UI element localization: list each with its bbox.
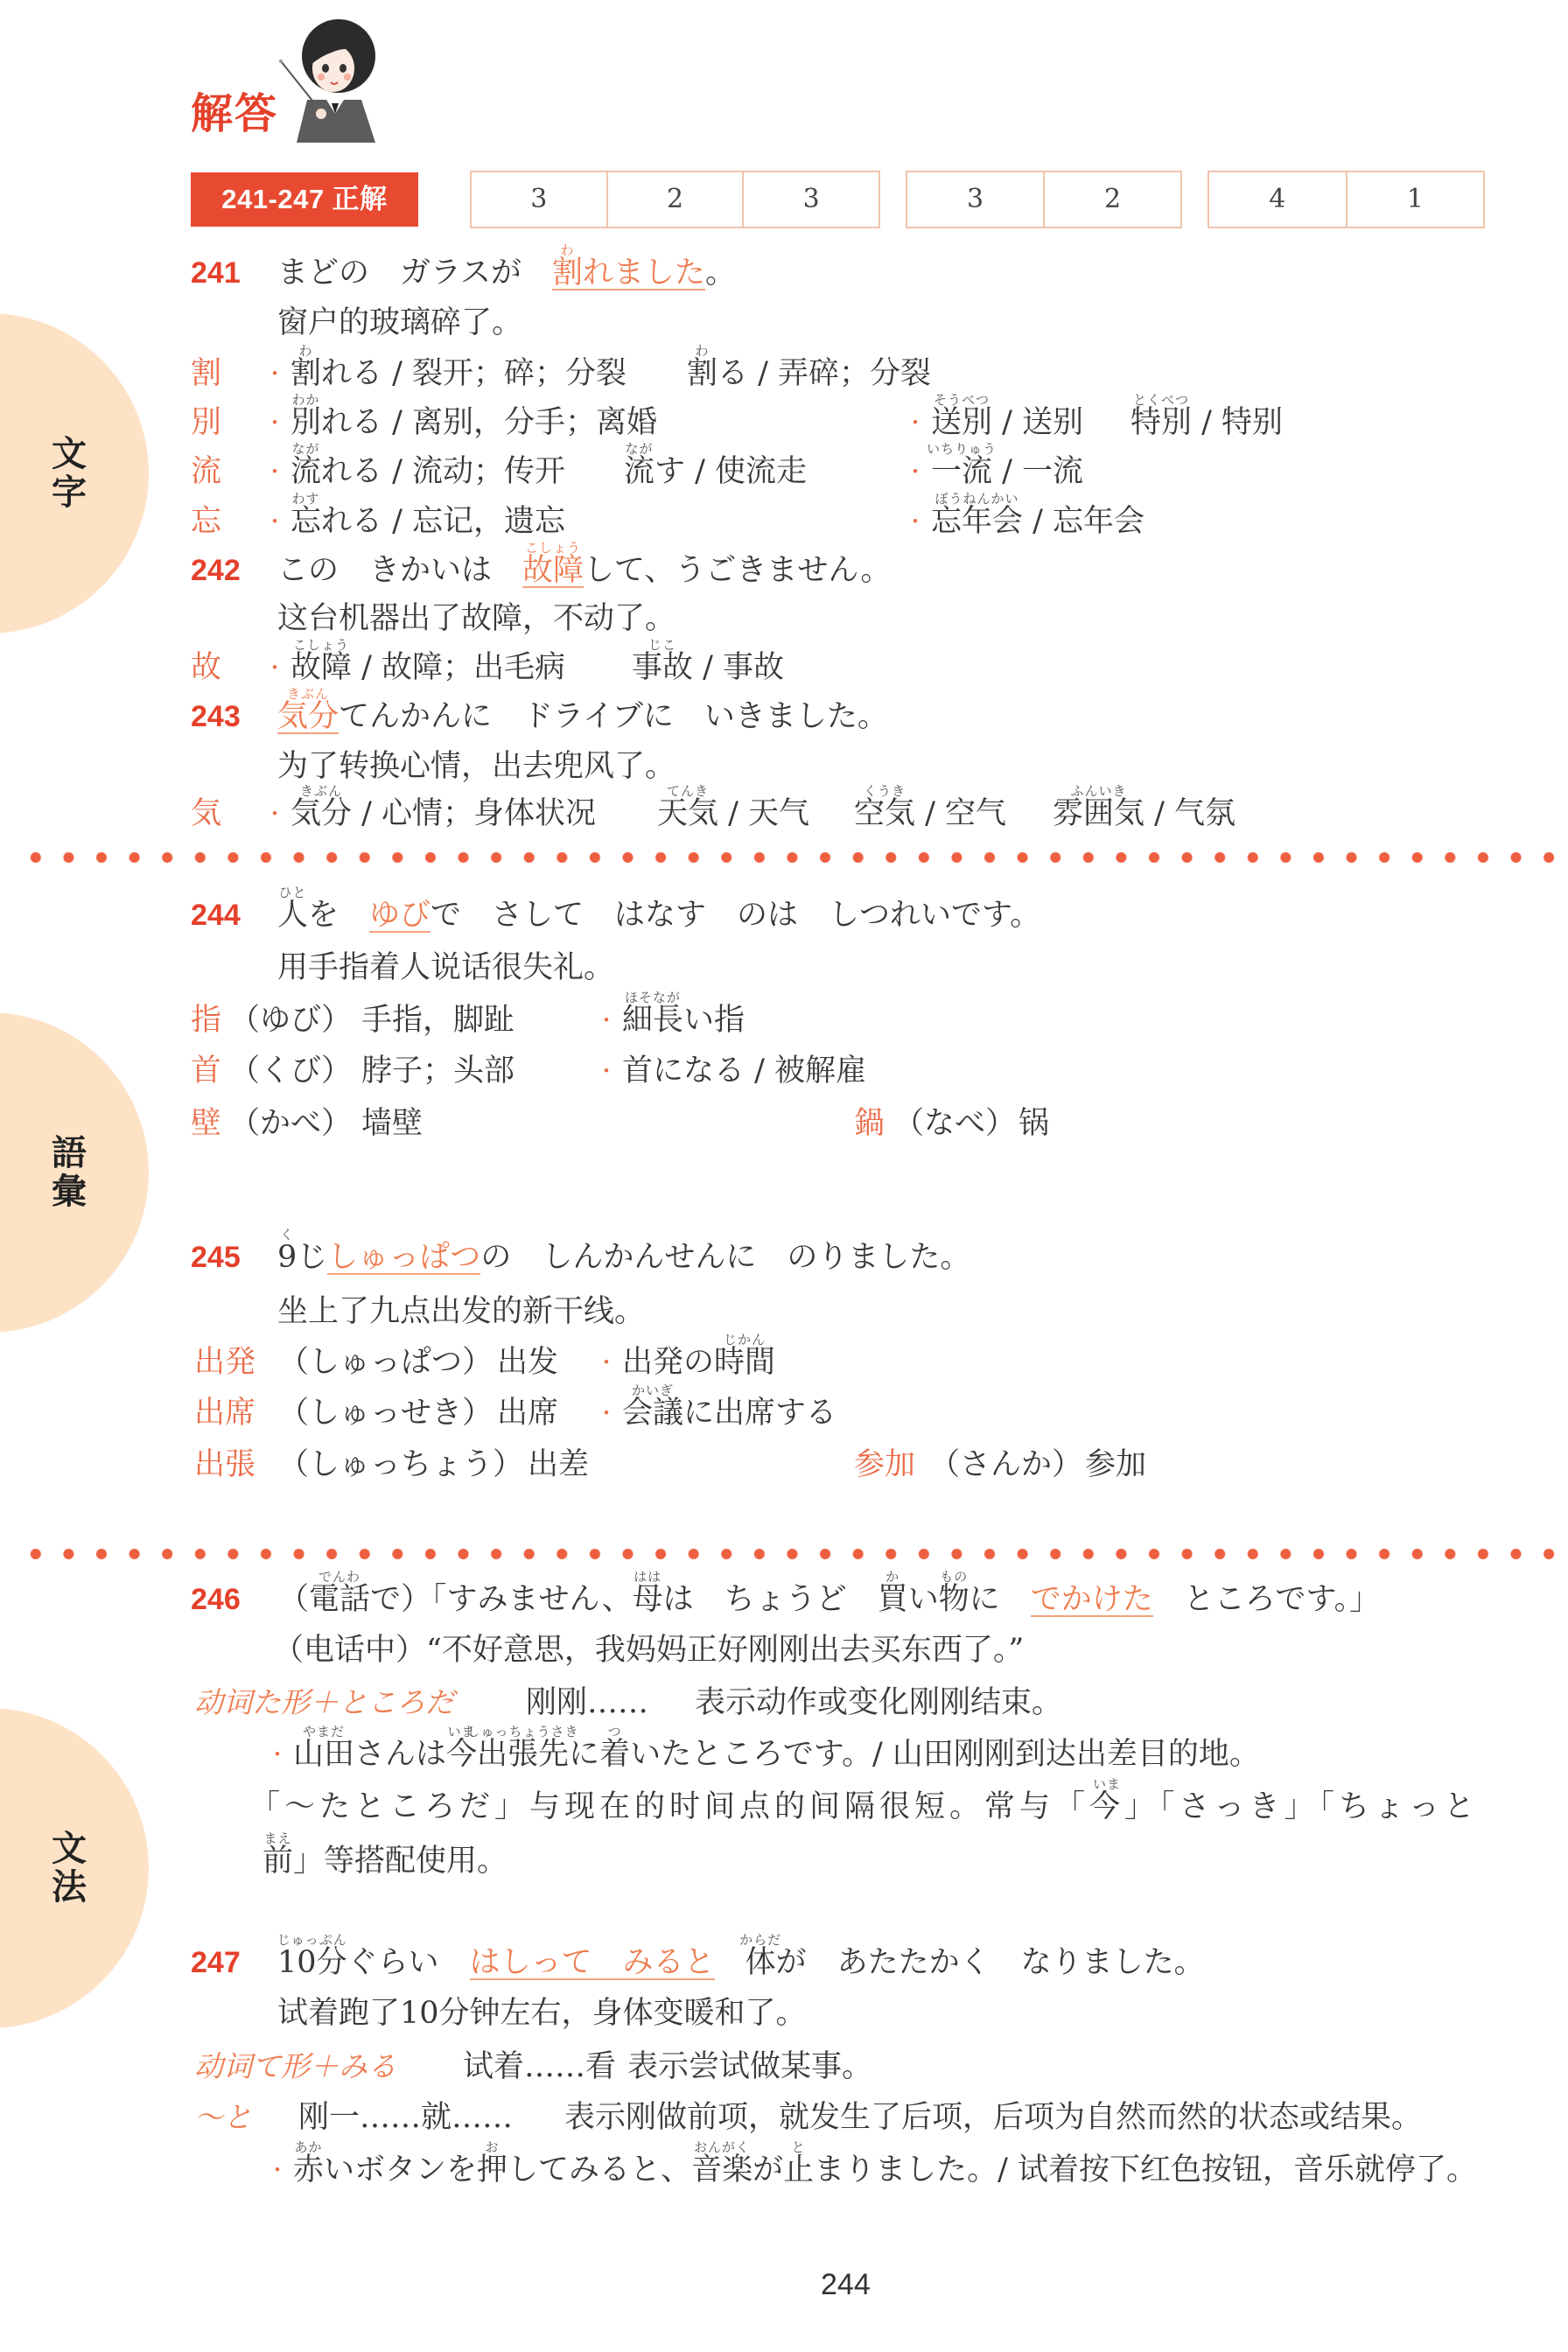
text-segment: / 故障；出毛病 [352, 650, 565, 685]
text-segment: ぐらい [347, 1945, 470, 1980]
text-segment: さんは [354, 1737, 446, 1772]
question-sentence: 10分じゅっぷんぐらい はしって みると 体からだが あたたかく なりました。 [277, 1945, 1205, 1980]
bullet-icon: ・ [264, 504, 290, 539]
translation-242: 这台机器出了故障，不动了。 [0, 601, 1568, 636]
question-sentence: 9くじしゅっぱつの しんかんせんに のりました。 [277, 1240, 970, 1275]
kanji-row-bou: 忘 ・忘わすれる / 忘记，遗忘 ・忘年会ぼうねんかい / 忘年会 [0, 504, 1568, 539]
vocab-item: 空気くうき / 空气 [854, 796, 1006, 831]
word-row-kubi: 首 （くび） 脖子；头部 ・首になる / 被解雇 [0, 1053, 1568, 1088]
text-segment: いたところです。/ 山田刚刚到达出差目的地。 [630, 1737, 1260, 1772]
vocab-item: 流ながす / 使流走 [624, 454, 807, 489]
ruby-word: 細長ほそなが [622, 1003, 683, 1038]
ruby-word: 故障こしょう [522, 553, 584, 588]
text-segment: / 天气 [718, 796, 809, 831]
vocab-item: ・気分きぶん / 心情；身体状况 [264, 796, 596, 831]
word-meaning: 手指，脚趾 [361, 1003, 514, 1038]
word-row-shusseki: 出席 （しゅっせき） 出席 ・会議かいぎに出席する [0, 1396, 1568, 1431]
answer-246: 4 [1209, 172, 1347, 227]
question-number: 244 [191, 898, 241, 933]
kanji-label: 気 [191, 796, 221, 831]
text-segment: 「～たところだ」与现在的时间点的间隔很短。常与「 [249, 1789, 1089, 1824]
text-segment: が [752, 2152, 783, 2187]
kanji-row-ko: 故 ・故障こしょう / 故障；出毛病 事故じこ / 事故 [0, 650, 1568, 685]
ruby-base: 割 [687, 356, 717, 391]
ruby-word: 割わ [687, 356, 717, 391]
section-divider-dotted [19, 1548, 1568, 1560]
highlighted-answer: れました [583, 255, 705, 290]
grammar-description: 表示动作或变化刚刚结束。 [695, 1685, 1062, 1720]
text-segment: / 忘年会 [1023, 504, 1144, 539]
furigana: はは [633, 1571, 661, 1584]
question-sentence: 気分きぶんてんかんに ドライブに いきました。 [277, 699, 888, 734]
bullet-icon: ・ [264, 356, 290, 391]
kanji-row-ki: 気 ・気分きぶん / 心情；身体状况 天気てんき / 天气 空気くうき / 空气… [0, 796, 1568, 831]
ruby-word: 故障こしょう [290, 650, 352, 685]
question-247: 247 10分じゅっぷんぐらい はしって みると 体からだが あたたかく なりま… [0, 1945, 1568, 1980]
ruby-base: 前 [262, 1844, 293, 1879]
furigana: とくべつ [1133, 394, 1189, 407]
ruby-base: 特別 [1130, 405, 1192, 440]
text-segment: で）「すみません、 [370, 1582, 633, 1617]
furigana: か [885, 1571, 899, 1584]
furigana: わす [291, 493, 319, 506]
ruby-word: 会議かいぎ [622, 1396, 683, 1431]
section-divider-dotted [19, 851, 1568, 864]
question-sentence: この きかいは 故障こしょうして、うごきません。 [277, 553, 891, 588]
translation-246: （电话中）“不好意思，我妈妈正好刚刚出去买东西了。” [0, 1633, 1568, 1668]
furigana: く [280, 1228, 294, 1242]
bullet-icon: ・ [267, 1737, 293, 1772]
translation-text: 试着跑了10分钟左右，身体变暖和了。 [277, 1996, 807, 2031]
ruby-word: 流なが [290, 454, 321, 489]
furigana: もの [940, 1571, 968, 1584]
highlighted-answer: でかけた [1031, 1582, 1153, 1617]
answer-242: 2 [608, 172, 745, 227]
text-segment: / 送别 [992, 405, 1083, 440]
text-segment: てんかんに ドライブに いきました。 [339, 699, 888, 734]
furigana: きぶん [300, 785, 342, 798]
text-segment: してみると、 [507, 2152, 691, 2187]
ruby-word: 今いま [1089, 1789, 1124, 1824]
answer-group-3: 4 1 [1207, 171, 1485, 228]
question-243: 243 気分きぶんてんかんに ドライブに いきました。 [0, 699, 1568, 734]
grammar-meaning: 刚一……就…… [298, 2100, 513, 2135]
translation-text: 坐上了九点出发的新干线。 [277, 1294, 645, 1329]
text-segment: で さして はなす のは しつれいです。 [430, 898, 1040, 933]
grammar-example: ・赤あかいボタンを押おしてみると、音楽おんがくが止とまりました。/ 试着按下红色… [0, 2152, 1568, 2187]
grammar-row-tatokoroda: 动词た形＋ところだ 刚刚…… 表示动作或变化刚刚结束。 [0, 1685, 1568, 1720]
vocab-item: 雰囲気ふんいき / 气氛 [1053, 796, 1235, 831]
furigana: こしょう [293, 639, 349, 652]
text-segment: れる / 忘记，遗忘 [321, 504, 565, 539]
furigana: きぶん [287, 688, 329, 701]
vocab-item: ・故障こしょう / 故障；出毛病 [264, 650, 565, 685]
vocab-item: 天気てんき / 天气 [657, 796, 809, 831]
question-number: 247 [191, 1945, 241, 1980]
ruby-base: 体 [745, 1945, 776, 1980]
ruby-word: 特別とくべつ [1130, 405, 1192, 440]
question-number: 242 [191, 553, 241, 588]
text-segment: まどの ガラスが [277, 255, 552, 290]
furigana: なが [291, 443, 319, 456]
text-segment: の しんかんせんに のりました。 [480, 1240, 970, 1275]
grammar-note: 「～たところだ」与现在的时间点的间隔很短。常与「今いま」「さっき」「ちょっと [0, 1789, 1568, 1824]
bullet-icon: ・ [264, 454, 290, 489]
text-segment: / 特别 [1192, 405, 1283, 440]
question-242: 242 この きかいは 故障こしょうして、うごきません。 [0, 553, 1568, 588]
ruby-word: 気分きぶん [290, 796, 352, 831]
furigana: いちりゅう [927, 443, 997, 456]
ruby-base: 天気 [657, 796, 718, 831]
text-segment: 出発の [622, 1345, 714, 1380]
answer-245: 2 [1045, 172, 1180, 227]
answer-241: 3 [472, 172, 608, 227]
ruby-word: 止と [783, 2152, 814, 2187]
furigana: わか [291, 394, 319, 407]
ruby-word: 出張先しゅっちょうさき [477, 1737, 569, 1772]
kanji-row-wari: 割 ・割われる / 裂开；碎；分裂 割わる / 弄碎；分裂 [0, 356, 1568, 391]
ruby-word: 流なが [624, 454, 654, 489]
ruby-word: 別わか [290, 405, 321, 440]
ruby-base: 今 [1089, 1789, 1124, 1824]
bullet-icon: ・ [596, 1396, 622, 1431]
text-segment: いボタンを [324, 2152, 477, 2187]
text-segment: に出席する [683, 1396, 836, 1431]
kanji-label: 忘 [191, 504, 221, 539]
furigana: なが [625, 443, 653, 456]
word-meaning: 出差 [528, 1447, 589, 1482]
vocab-item: ・一流いちりゅう / 一流 [905, 454, 1083, 489]
word-meaning: 墙壁 [361, 1106, 423, 1141]
vocab-item: 事故じこ / 事故 [632, 650, 784, 685]
highlighted-answer: ゆび [369, 898, 430, 933]
teacher-illustration [277, 16, 387, 143]
grammar-label: 动词て形＋みる [194, 2049, 396, 2084]
answer-243: 3 [744, 172, 878, 227]
example-sentence: ・山田やまださんは今いま出張先しゅっちょうさきに着ついたところです。/ 山田刚刚… [267, 1737, 1260, 1772]
furigana: じかん [724, 1333, 766, 1347]
furigana: いま [1093, 1778, 1121, 1791]
ruby-base: 一流 [931, 454, 992, 489]
furigana: こしょう [525, 542, 581, 555]
grammar-row-to: ～と 刚一……就…… 表示刚做前项，就发生了后项，后项为自然而然的状态或结果。 [0, 2100, 1568, 2135]
word-reading: （かべ） [229, 1106, 352, 1141]
question-244: 244 人ひとを ゆびで さして はなす のは しつれいです。 [0, 898, 1568, 933]
question-sentence: （電話でんわで）「すみません、母ははは ちょうど 買かい物ものに でかけた とこ… [278, 1582, 1380, 1617]
ruby-base: 時間 [714, 1345, 775, 1380]
vocab-item: ・流ながれる / 流动；传开 [264, 454, 565, 489]
word-reading: （さんか） [929, 1447, 1082, 1482]
ruby-word: 音楽おんがく [691, 2152, 752, 2187]
translation-text: （电话中）“不好意思，我妈妈正好刚刚出去买东西了。” [273, 1633, 1024, 1668]
word-label: 首 [191, 1053, 221, 1088]
word-meaning: 脖子；头部 [361, 1053, 514, 1088]
ruby-base: 気分 [277, 699, 339, 734]
furigana: からだ [739, 1934, 781, 1947]
ruby-base: 人 [277, 898, 308, 933]
ruby-word: 体からだ [745, 1945, 776, 1980]
question-number: 245 [191, 1240, 241, 1275]
ruby-base: 別 [290, 405, 321, 440]
ruby-word: 電話でんわ [309, 1582, 370, 1617]
text-segment: （ [278, 1582, 309, 1617]
translation-243: 为了转换心情，出去兜风了。 [0, 749, 1568, 784]
ruby-base: 故障 [290, 650, 352, 685]
vocab-item: ・送別そうべつ / 送别 [905, 405, 1083, 440]
kanji-label: 割 [191, 356, 221, 391]
furigana: あか [294, 2141, 322, 2154]
furigana: しゅっちょうさき [467, 1725, 579, 1739]
ruby-base: 電話 [309, 1582, 370, 1617]
text-segment: れる / 离别，分手；离婚 [321, 405, 657, 440]
furigana: じこ [648, 639, 676, 652]
answer-range-label: 241-247 正解 [191, 172, 418, 227]
word-meaning: 锅 [1018, 1106, 1049, 1141]
kanji-row-ryu: 流 ・流ながれる / 流动；传开 流ながす / 使流走 ・一流いちりゅう / 一… [0, 454, 1568, 489]
ruby-base: 故障 [522, 553, 584, 588]
question-number: 246 [191, 1582, 241, 1617]
vocab-item: ・別わかれる / 离别，分手；离婚 [264, 405, 657, 440]
text-segment: る / 弄碎；分裂 [717, 356, 931, 391]
furigana: わ [560, 244, 574, 257]
question-241: 241 まどの ガラスが 割われました。 [0, 255, 1568, 290]
translation-text: 这台机器出了故障，不动了。 [277, 601, 675, 636]
ruby-base: 忘年会 [931, 504, 1023, 539]
furigana: わ [298, 345, 312, 358]
word-label: 出発 [194, 1345, 255, 1380]
answer-group-1: 3 2 3 [470, 171, 880, 228]
ruby-word: 割わ [552, 255, 583, 290]
word-label: 鍋 [854, 1106, 885, 1141]
ruby-word: 母はは [633, 1582, 663, 1617]
ruby-word: 前まえ [262, 1844, 293, 1879]
grammar-meaning: 试着……看 [463, 2049, 616, 2084]
ruby-base: 空気 [854, 796, 915, 831]
ruby-word: 雰囲気ふんいき [1053, 796, 1144, 831]
kanji-row-betsu: 別 ・別わかれる / 离别，分手；离婚 ・送別そうべつ / 送别 特別とくべつ … [0, 405, 1568, 440]
bullet-icon: ・ [905, 504, 931, 539]
kanji-label: 故 [191, 650, 221, 685]
translation-245: 坐上了九点出发的新干线。 [0, 1294, 1568, 1329]
ruby-word: 今いま [446, 1737, 477, 1772]
text-segment [715, 1945, 745, 1980]
bullet-icon: ・ [905, 454, 931, 489]
word-reading: （しゅっぱつ） [278, 1345, 493, 1380]
grammar-description: 表示刚做前项，就发生了后项，后项为自然而然的状态或结果。 [564, 2100, 1422, 2135]
word-label: 出席 [194, 1396, 255, 1431]
word-example: ・細長ほそながい指 [596, 1003, 745, 1038]
ruby-base: 出張先 [477, 1737, 569, 1772]
note-text: 前まえ」等搭配使用。 [262, 1844, 507, 1879]
furigana: ふんいき [1070, 785, 1126, 798]
ruby-base: 物 [939, 1582, 969, 1617]
ruby-word: 空気くうき [854, 796, 915, 831]
furigana: ひと [278, 886, 306, 899]
text-segment: が あたたかく なりました。 [776, 1945, 1205, 1980]
ruby-base: 着 [599, 1737, 630, 1772]
ruby-base: 流 [624, 454, 654, 489]
word-row-kabe: 壁 （かべ） 墙壁 鍋 （なべ） 锅 [0, 1106, 1568, 1141]
bullet-icon: ・ [264, 650, 290, 685]
ruby-word: 時間じかん [714, 1345, 775, 1380]
ruby-word: 10分じゅっぷん [277, 1945, 347, 1980]
text-segment: / 心情；身体状况 [352, 796, 596, 831]
vocab-item: ・忘年会ぼうねんかい / 忘年会 [905, 504, 1144, 539]
text-segment: 」等搭配使用。 [293, 1844, 507, 1879]
text-segment: す / 使流走 [654, 454, 807, 489]
section-tab-goi-label: 語彙 [49, 1134, 89, 1211]
word-meaning: 参加 [1085, 1447, 1146, 1482]
vocab-item: 特別とくべつ / 特别 [1130, 405, 1283, 440]
ruby-base: 今 [446, 1737, 477, 1772]
bullet-icon: ・ [264, 796, 290, 831]
ruby-word: 忘わす [290, 504, 321, 539]
ruby-base: 音楽 [691, 2152, 752, 2187]
grammar-label: 动词た形＋ところだ [194, 1685, 454, 1720]
grammar-meaning: 刚刚…… [526, 1685, 648, 1720]
text-segment: れる / 流动；传开 [321, 454, 565, 489]
grammar-label: ～と [194, 2100, 252, 2135]
word-reading: （くび） [229, 1053, 352, 1088]
kanji-label: 別 [191, 405, 221, 440]
ruby-word: 物もの [939, 1582, 969, 1617]
kanji-label: 流 [191, 454, 221, 489]
ruby-word: 着つ [599, 1737, 630, 1772]
furigana: でんわ [318, 1571, 360, 1584]
word-example: ・首になる / 被解雇 [596, 1053, 866, 1088]
ruby-base: 流 [290, 454, 321, 489]
text-segment: まりました。/ 试着按下红色按钮，音乐就停了。 [814, 2152, 1477, 2187]
question-number: 243 [191, 699, 241, 734]
text-segment: / 气氛 [1144, 796, 1235, 831]
text-segment: 」「さっき」「ちょっと [1124, 1789, 1479, 1824]
translation-text: 窗户的玻璃碎了。 [277, 305, 522, 340]
ruby-word: 人ひと [277, 898, 308, 933]
ruby-word: 9く [277, 1240, 297, 1275]
ruby-base: 忘 [290, 504, 321, 539]
bullet-icon: ・ [596, 1003, 622, 1038]
answer-244: 3 [907, 172, 1045, 227]
ruby-base: 買 [878, 1582, 908, 1617]
text-segment: この きかいは [277, 553, 522, 588]
furigana: そうべつ [934, 394, 990, 407]
ruby-word: 買か [878, 1582, 908, 1617]
word-row-yubi: 指 （ゆび） 手指，脚趾 ・細長ほそながい指 [0, 1003, 1568, 1038]
ruby-base: 会議 [622, 1396, 683, 1431]
ruby-word: 事故じこ [632, 650, 693, 685]
word-row-shuppatsu: 出発 （しゅっぱつ） 出发 ・出発の時間じかん [0, 1345, 1568, 1380]
text-segment: して、うごきません。 [584, 553, 891, 588]
grammar-note-continued: 前まえ」等搭配使用。 [0, 1844, 1568, 1879]
ruby-word: 赤あか [293, 2152, 324, 2187]
ruby-base: 割 [290, 356, 321, 391]
ruby-base: 9 [277, 1240, 297, 1275]
word-label: 指 [191, 1003, 221, 1038]
text-segment: / 一流 [992, 454, 1083, 489]
text-segment: を [308, 898, 369, 933]
furigana: お [486, 2141, 500, 2154]
grammar-example: ・山田やまださんは今いま出張先しゅっちょうさきに着ついたところです。/ 山田刚刚… [0, 1737, 1568, 1772]
page-title: 解答 [191, 91, 278, 136]
translation-text: 为了转换心情，出去兜风了。 [277, 749, 675, 784]
ruby-word: 押お [477, 2152, 507, 2187]
furigana: と [792, 2141, 806, 2154]
word-meaning: 出席 [497, 1396, 558, 1431]
furigana: おんがく [694, 2141, 750, 2154]
bullet-icon: ・ [905, 405, 931, 440]
question-sentence: まどの ガラスが 割われました。 [277, 255, 736, 290]
ruby-base: 雰囲気 [1053, 796, 1144, 831]
answer-247: 1 [1347, 172, 1484, 227]
text-segment: 首になる / 被解雇 [622, 1053, 866, 1088]
furigana: つ [608, 1725, 622, 1739]
ruby-base: 気分 [290, 796, 352, 831]
furigana: くうき [864, 785, 906, 798]
question-245: 245 9くじしゅっぱつの しんかんせんに のりました。 [0, 1240, 1568, 1275]
furigana: じゅっぷん [277, 1934, 347, 1947]
bullet-icon: ・ [264, 405, 290, 440]
ruby-word: 割わ [290, 356, 321, 391]
word-reading: （しゅっちょう） [278, 1447, 523, 1482]
word-label: 壁 [191, 1106, 221, 1141]
word-example: ・出発の時間じかん [596, 1345, 775, 1380]
ruby-word: 一流いちりゅう [931, 454, 992, 489]
note-text: 「～たところだ」与现在的时间点的间隔很短。常与「今いま」「さっき」「ちょっと [249, 1789, 1479, 1824]
translation-247: 试着跑了10分钟左右，身体变暖和了。 [0, 1996, 1568, 2031]
text-segment: に [569, 1737, 599, 1772]
ruby-word: 気分きぶん [277, 699, 339, 734]
highlighted-answer: しゅっぱつ [327, 1240, 480, 1275]
ruby-word: 天気てんき [657, 796, 718, 831]
page-number: 244 [821, 2268, 871, 2302]
furigana: てんき [667, 785, 709, 798]
answer-group-2: 3 2 [906, 171, 1182, 228]
translation-244: 用手指着人说话很失礼。 [0, 950, 1568, 985]
text-segment: い [908, 1582, 939, 1617]
text-segment: / 事故 [693, 650, 784, 685]
furigana: わ [695, 345, 709, 358]
word-example: ・会議かいぎに出席する [596, 1396, 836, 1431]
ruby-word: 送別そうべつ [931, 405, 992, 440]
bullet-icon: ・ [267, 2152, 293, 2187]
bullet-icon: ・ [596, 1053, 622, 1088]
vocab-item: ・忘わすれる / 忘记，遗忘 [264, 504, 565, 539]
text-segment: ところです。」 [1153, 1582, 1380, 1617]
text-segment: 。 [705, 255, 736, 290]
furigana: ほそなが [625, 991, 681, 1004]
furigana: かいぎ [632, 1384, 674, 1397]
ruby-base: 割 [552, 255, 583, 290]
ruby-word: 山田やまだ [293, 1737, 354, 1772]
text-segment: / 空气 [915, 796, 1006, 831]
word-reading: （なべ） [893, 1106, 1016, 1141]
word-meaning: 出发 [497, 1345, 558, 1380]
ruby-base: 止 [783, 2152, 814, 2187]
highlighted-answer: はしって みると [470, 1945, 715, 1980]
ruby-base: 押 [477, 2152, 507, 2187]
word-label: 参加 [854, 1447, 915, 1482]
grammar-description: 表示尝试做某事。 [627, 2049, 872, 2084]
text-segment: じ [297, 1240, 327, 1275]
question-number: 241 [191, 255, 241, 290]
example-sentence: ・赤あかいボタンを押おしてみると、音楽おんがくが止とまりました。/ 试着按下红色… [267, 2152, 1477, 2187]
vocab-item: 割わる / 弄碎；分裂 [687, 356, 931, 391]
ruby-base: 事故 [632, 650, 693, 685]
translation-241: 窗户的玻璃碎了。 [0, 305, 1568, 340]
word-reading: （ゆび） [229, 1003, 352, 1038]
question-sentence: 人ひとを ゆびで さして はなす のは しつれいです。 [277, 898, 1040, 933]
ruby-base: 細長 [622, 1003, 683, 1038]
